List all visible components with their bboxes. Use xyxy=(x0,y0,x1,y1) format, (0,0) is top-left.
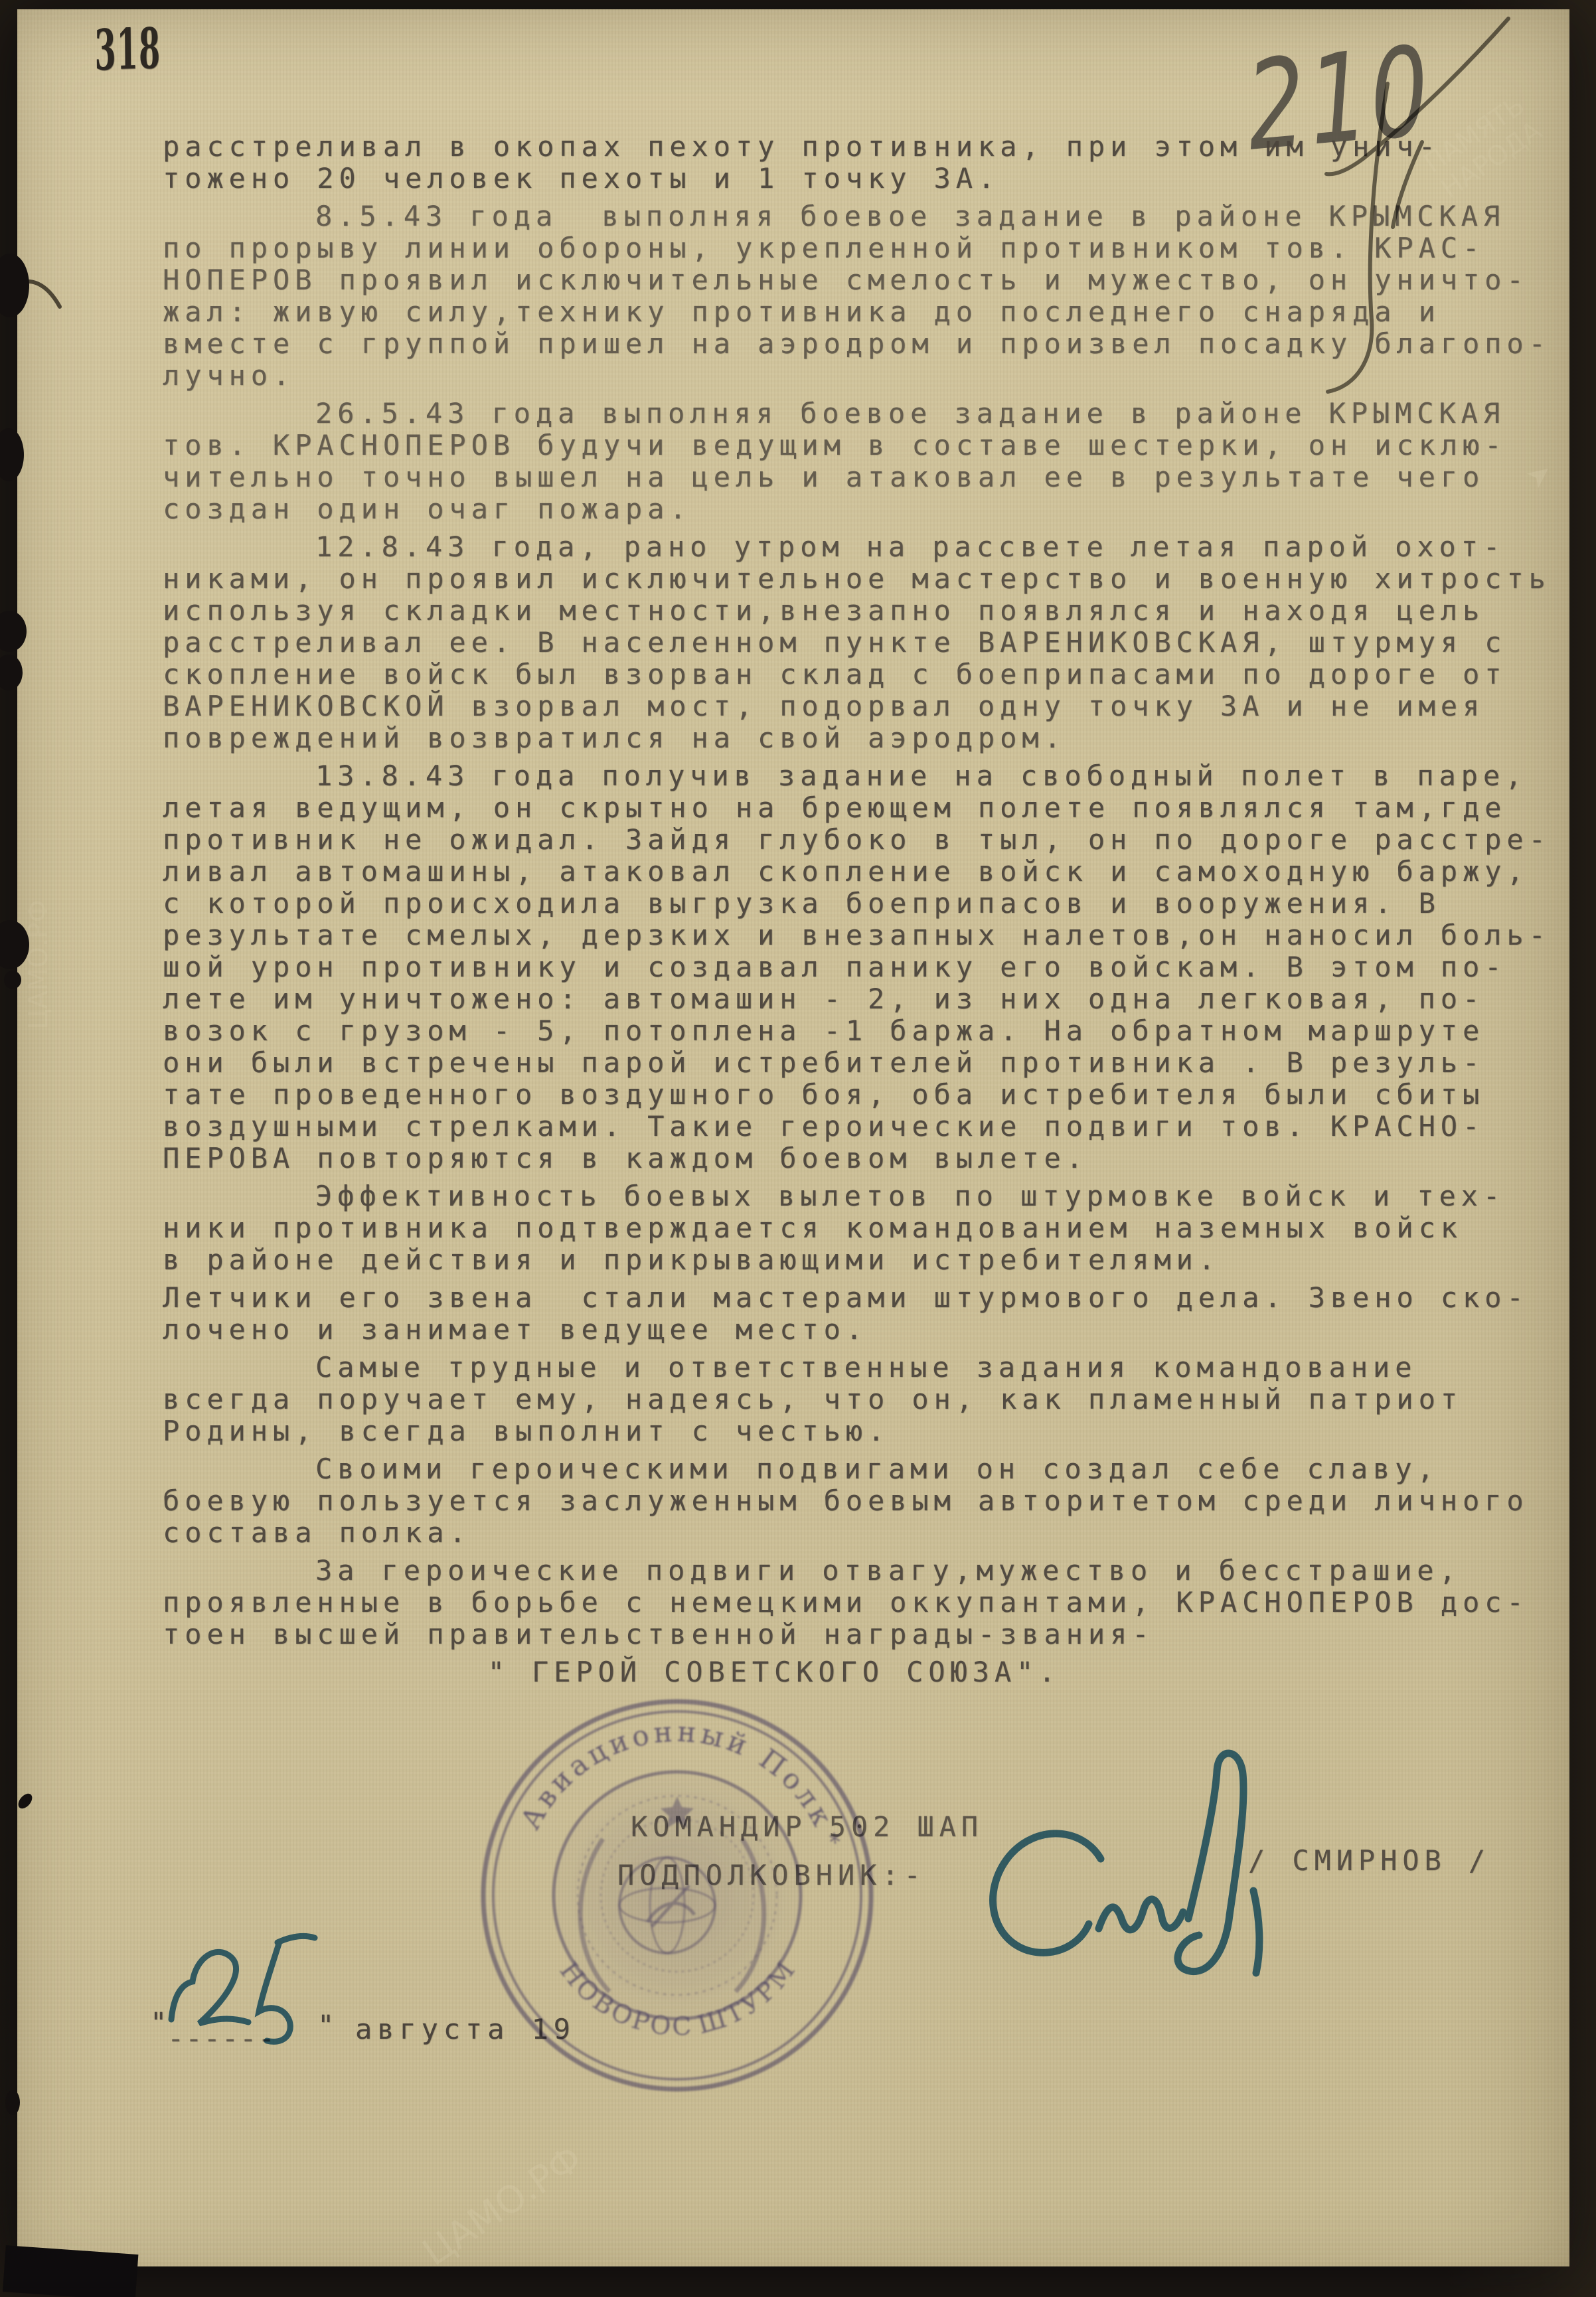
text-line: 8.5.43 года выполняя боевое задание в ра… xyxy=(163,200,1552,232)
corner-shadow xyxy=(3,2245,138,2297)
date-blank-line: ------ xyxy=(167,2022,276,2055)
text-line: повреждений возвратился на свой аэродром… xyxy=(163,722,1552,754)
text-line: Своими героическими подвигами он создал … xyxy=(163,1453,1552,1485)
text-line: 26.5.43 года выполняя боевое задание в р… xyxy=(163,398,1552,430)
text-line: жал: живую силу,технику противника до по… xyxy=(163,296,1552,328)
paragraph: Самые трудные и ответственные задания ко… xyxy=(163,1352,1552,1447)
text-line: шой урон противнику и создавал панику ег… xyxy=(163,951,1552,983)
document-scan: 318 210 расстреливал в окопах пехоту про… xyxy=(0,0,1596,2297)
text-line: НОПЕРОВ проявил исключительные смелость … xyxy=(163,264,1552,296)
text-line: Летчики его звена стали мастерами штурмо… xyxy=(163,1282,1552,1314)
paragraph: Эффективность боевых вылетов по штурмовк… xyxy=(163,1180,1552,1276)
text-line: тате проведенного воздушного боя, оба ис… xyxy=(163,1079,1552,1111)
text-line: ливал автомашины, атаковал скопление вой… xyxy=(163,856,1552,888)
text-line: скопление войск был взорван склад с боеп… xyxy=(163,659,1552,690)
text-line: ПЕРОВА повторяются в каждом боевом вылет… xyxy=(163,1143,1552,1174)
text-line: За героические подвиги отвагу,мужество и… xyxy=(163,1555,1552,1587)
paragraph: 13.8.43 года получив задание на свободны… xyxy=(163,760,1552,1174)
closing-signed-name: / СМИРНОВ / xyxy=(1248,1844,1490,1877)
text-line: состава полка. xyxy=(163,1517,1552,1549)
text-line: никами, он проявил исключительное мастер… xyxy=(163,563,1552,595)
typed-text: расстреливал в окопах пехоту противника,… xyxy=(163,131,1552,1694)
paragraph: 8.5.43 года выполняя боевое задание в ра… xyxy=(163,200,1552,392)
text-line: ВАРЕНИКОВСКОЙ взорвал мост, подорвал одн… xyxy=(163,690,1552,722)
paragraph: Своими героическими подвигами он создал … xyxy=(163,1453,1552,1549)
text-line: результате смелых, дерзких и внезапных н… xyxy=(163,919,1552,951)
text-line: противник не ожидал. Зайдя глубоко в тыл… xyxy=(163,824,1552,856)
text-line: воздушными стрелками. Такие героические … xyxy=(163,1111,1552,1143)
text-line: они были встречены парой истребителей пр… xyxy=(163,1047,1552,1079)
closing-rank-line: ПОДПОЛКОВНИК:- xyxy=(617,1859,926,1891)
paragraph: Летчики его звена стали мастерами штурмо… xyxy=(163,1282,1552,1346)
paragraph: За героические подвиги отвагу,мужество и… xyxy=(163,1555,1552,1650)
text-line: в районе действия и прикрывающими истреб… xyxy=(163,1244,1552,1276)
paragraph: расстреливал в окопах пехоту противника,… xyxy=(163,131,1552,195)
text-line: 12.8.43 года, рано утром на рассвете лет… xyxy=(163,531,1552,563)
text-line: летая ведущим, он скрытно на бреющем пол… xyxy=(163,792,1552,824)
date-typed-text: августа 19 xyxy=(355,2013,576,2045)
text-line: чительно точно вышел на цель и атаковал … xyxy=(163,461,1552,493)
text-line: лучно. xyxy=(163,360,1552,392)
text-line: боевую пользуется заслуженным боевым авт… xyxy=(163,1485,1552,1517)
text-line: ники противника подтверждается командова… xyxy=(163,1212,1552,1244)
date-close-quote: " xyxy=(317,2009,339,2041)
text-line: тов. КРАСНОПЕРОВ будучи ведущим в состав… xyxy=(163,430,1552,461)
text-line: Эффективность боевых вылетов по штурмовк… xyxy=(163,1180,1552,1212)
text-line: создан один очаг пожара. xyxy=(163,493,1552,525)
text-line: " ГЕРОЙ СОВЕТСКОГО СОЮЗА". xyxy=(163,1656,1386,1688)
text-line: расстреливал в окопах пехоту противника,… xyxy=(163,131,1552,163)
text-line: всегда поручает ему, надеясь, что он, ка… xyxy=(163,1384,1552,1415)
text-line: лете им уничтожено: автомашин - 2, из ни… xyxy=(163,983,1552,1015)
edge-tear xyxy=(4,971,21,989)
text-line: по прорыву линии обороны, укрепленной пр… xyxy=(163,232,1552,264)
text-line: используя складки местности,внезапно поя… xyxy=(163,595,1552,627)
text-line: Родины, всегда выполнит с честью. xyxy=(163,1415,1552,1447)
text-line: возок с грузом - 5, потоплена -1 баржа. … xyxy=(163,1015,1552,1047)
text-line: с которой происходила выгрузка боеприпас… xyxy=(163,888,1552,919)
text-line: проявленные в борьбе с немецкими оккупан… xyxy=(163,1587,1552,1619)
paragraph: 26.5.43 года выполняя боевое задание в р… xyxy=(163,398,1552,525)
text-line: вместе с группой пришел на аэродром и пр… xyxy=(163,328,1552,360)
paragraph: " ГЕРОЙ СОВЕТСКОГО СОЮЗА". xyxy=(163,1656,1552,1688)
closing-unit-line: КОМАНДИР 502 ШАП xyxy=(631,1810,983,1843)
text-line: лочено и занимает ведущее место. xyxy=(163,1314,1552,1346)
text-line: Самые трудные и ответственные задания ко… xyxy=(163,1352,1552,1384)
edge-tear xyxy=(5,2090,20,2115)
paragraph: 12.8.43 года, рано утром на рассвете лет… xyxy=(163,531,1552,754)
text-line: 13.8.43 года получив задание на свободны… xyxy=(163,760,1552,792)
text-line: расстреливал ее. В населенном пункте ВАР… xyxy=(163,627,1552,659)
page-number: 318 xyxy=(94,15,161,83)
text-line: тожено 20 человек пехоты и 1 точку ЗА. xyxy=(163,163,1552,195)
text-line: тоен высшей правительственной награды-зв… xyxy=(163,1619,1552,1650)
